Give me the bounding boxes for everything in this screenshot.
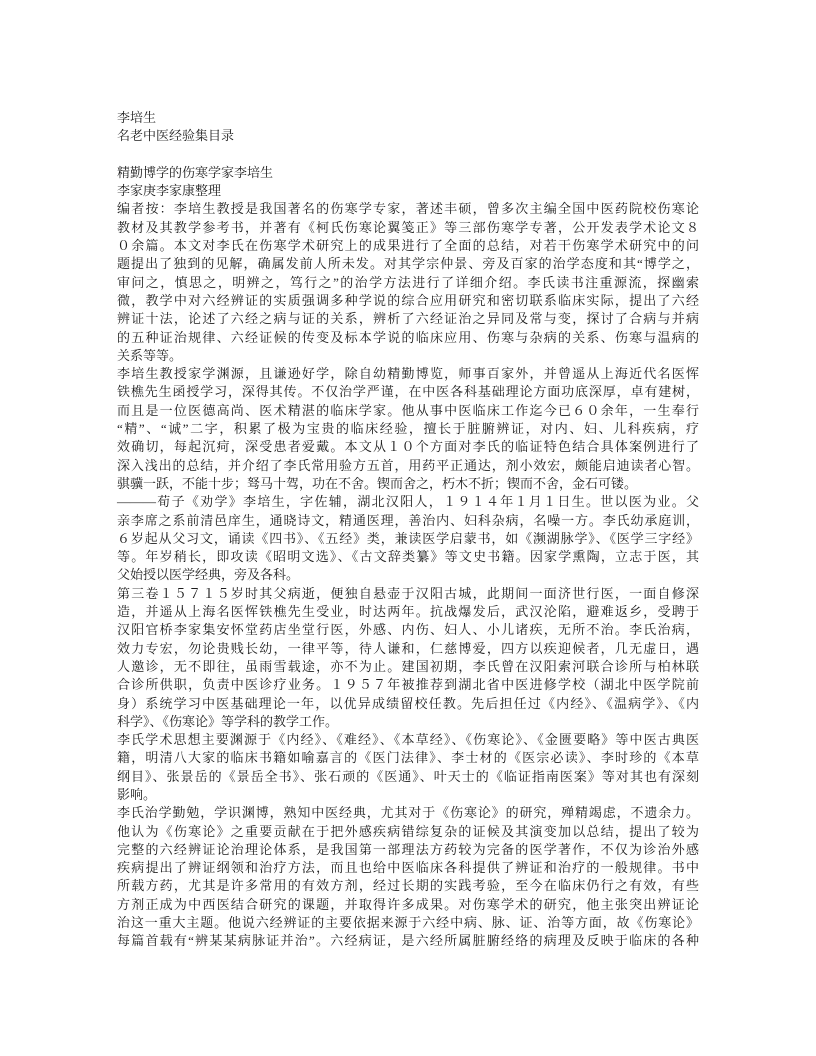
text-line: 合诊所供职，负责中医诊疗业务。１９５７年被推荐到湖北省中医进修学校（湖北中医学院… <box>117 676 699 694</box>
text-line: 等。年岁稍长，即攻读《昭明文选》、《古文辞类纂》等文史书籍。因家学熏陶，立志于医… <box>117 548 699 566</box>
text-line: 科学》、《伤寒论》等学科的教学工作。 <box>117 713 699 731</box>
text-line: 的五种证治规律、六经证候的传变及标本学说的临床应用、伤寒与杂病的关系、伤寒与温病… <box>117 329 699 347</box>
text-line: 治这一重大主题。他说六经辨证的主要依据来源于六经中病、脉、证、治等方面，故《伤寒… <box>117 914 699 932</box>
article-title: 精勤博学的伤寒学家李培生 <box>117 164 699 182</box>
text-line: 审问之，慎思之，明辨之，笃行之”的治学方法进行了详细介绍。李氏读书注重源流，探幽… <box>117 274 699 292</box>
text-line: “精”、“诚”二字，积累了极为宝贵的临床经验，擅长于脏腑辨证，对内、妇、儿科疾病… <box>117 420 699 438</box>
text-line: ———荀子《劝学》李培生，字佐辅，湖北汉阳人，１９１４年１月１日生。世以医为业。… <box>117 493 699 511</box>
text-line: 李氏治学勤勉，学识渊博，熟知中医经典，尤其对于《伤寒论》的研究，殚精竭虑，不遗余… <box>117 804 699 822</box>
text-line: 辨证十法，论述了六经之病与证的关系，辨析了六经证治之异同及常与变，探讨了合病与并… <box>117 310 699 328</box>
document-page: 李培生名老中医经验集目录 精勤博学的伤寒学家李培生李家庚李家康整理编者按：李培生… <box>0 0 816 1056</box>
text-line: 亲李席之系前清邑庠生，通晓诗文，精通医理，善治内、妇科杂病，名噪一方。李氏幼承庭… <box>117 512 699 530</box>
text-line: 第三卷１５７１５岁时其父病逝，便独自悬壶于汉阳古城，此期间一面济世行医，一面自修… <box>117 585 699 603</box>
text-line: 汉阳官桥李家集安怀堂药店坐堂行医，外感、内伤、妇人、小儿诸疾，无所不治。李氏治病… <box>117 621 699 639</box>
author-name-line: 李培生 <box>117 109 699 127</box>
text-line: 效确切，每起沉疴，深受患者爱戴。本文从１０个方面对李氏的临证特色结合具体案例进行… <box>117 438 699 456</box>
document-text-block: 李培生名老中医经验集目录 精勤博学的伤寒学家李培生李家庚李家康整理编者按：李培生… <box>117 109 699 951</box>
text-line: 造，并遥从上海名医恽铁樵先生受业，时达两年。抗战爆发后，武汉沦陷，避难返乡，受聘… <box>117 603 699 621</box>
text-line: 微，教学中对六经辨证的实质强调多种学说的综合应用研究和密切联系临床实际，提出了六… <box>117 292 699 310</box>
text-line: 每篇首载有“辨某某病脉证并治”。六经病证，是六经所属脏腑经络的病理及反映于临床的… <box>117 932 699 950</box>
text-line <box>117 146 699 164</box>
text-line: 深入浅出的总结，并介绍了李氏常用验方五首，用药平正通达，剂小效宏，颇能启迪读者心… <box>117 457 699 475</box>
text-line: 影响。 <box>117 786 699 804</box>
text-line: 李培生教授家学渊源，且谦逊好学，除自幼精勤博览，师事百家外，并曾遥从上海近代名医… <box>117 365 699 383</box>
text-line: 父始授以医学经典，旁及各科。 <box>117 566 699 584</box>
text-line: 方剂正成为中西医结合研究的课题，并取得许多成果。对伤寒学术的研究，他主张突出辨证… <box>117 896 699 914</box>
text-line: 身）系统学习中医基础理论一年，以优异成绩留校任教。先后担任过《内经》、《温病学》… <box>117 695 699 713</box>
text-line: ６岁起从父习文，诵读《四书》、《五经》类，兼读医学启蒙书，如《濒湖脉学》、《医学… <box>117 530 699 548</box>
text-line: ０余篇。本文对李氏在伤寒学术研究上的成果进行了全面的总结，对若干伤寒学术研究中的… <box>117 237 699 255</box>
text-line: 骐骥一跃，不能十步；驽马十驾，功在不舍。锲而舍之，朽木不折；锲而不舍，金石可镂。 <box>117 475 699 493</box>
text-line: 疾病提出了辨证纲领和治疗方法，而且也给中医临床各科提供了辨证和治疗的一般规律。书… <box>117 859 699 877</box>
text-line: 所载方药，尤其是许多常用的有效方剂，经过长期的实践考验，至今在临床仍行之有效，有… <box>117 877 699 895</box>
collection-title-line: 名老中医经验集目录 <box>117 127 699 145</box>
text-line: 纲目》、张景岳的《景岳全书》、张石顽的《医通》、叶天士的《临证指南医案》等对其也… <box>117 768 699 786</box>
text-line: 完整的六经辨证论治理论体系，是我国第一部理法方药较为完备的医学著作，不仅为诊治外… <box>117 841 699 859</box>
text-line: 人邀诊，无不即往，虽雨雪载途，亦不为止。建国初期，李氏曾在汉阳索河联合诊所与柏林… <box>117 658 699 676</box>
text-line: 铁樵先生函授学习，深得其传。不仅治学严谨，在中医各科基础理论方面功底深厚，卓有建… <box>117 383 699 401</box>
text-line: 籍，明清八大家的临床书籍如喻嘉言的《医门法律》、李士材的《医宗必读》、李时珍的《… <box>117 749 699 767</box>
text-line: 效力专宏，勿论贵贱长幼，一律平等，待人谦和，仁慈博爱，四方以疾迎候者，几无虚日，… <box>117 640 699 658</box>
text-line: 编者按：李培生教授是我国著名的伤寒学专家，著述丰硕，曾多次主编全国中医药院校伤寒… <box>117 200 699 218</box>
text-line: 题提出了独到的见解，确属发前人所未发。对其学宗仲景、旁及百家的治学态度和其“博学… <box>117 255 699 273</box>
text-line: 李氏学术思想主要渊源于《内经》、《难经》、《本草经》、《伤寒论》、《金匮要略》等… <box>117 731 699 749</box>
article-byline: 李家庚李家康整理 <box>117 182 699 200</box>
text-line: 教材及其教学参考书，并著有《柯氏伤寒论翼笺正》等三部伤寒学专著，公开发表学术论文… <box>117 219 699 237</box>
text-line: 关系等等。 <box>117 347 699 365</box>
text-line: 他认为《伤寒论》之重要贡献在于把外感疾病错综复杂的证候及其演变加以总结，提出了较… <box>117 823 699 841</box>
text-line: 而且是一位医德高尚、医术精湛的临床学家。他从事中医临床工作迄今已６０余年，一生奉… <box>117 402 699 420</box>
